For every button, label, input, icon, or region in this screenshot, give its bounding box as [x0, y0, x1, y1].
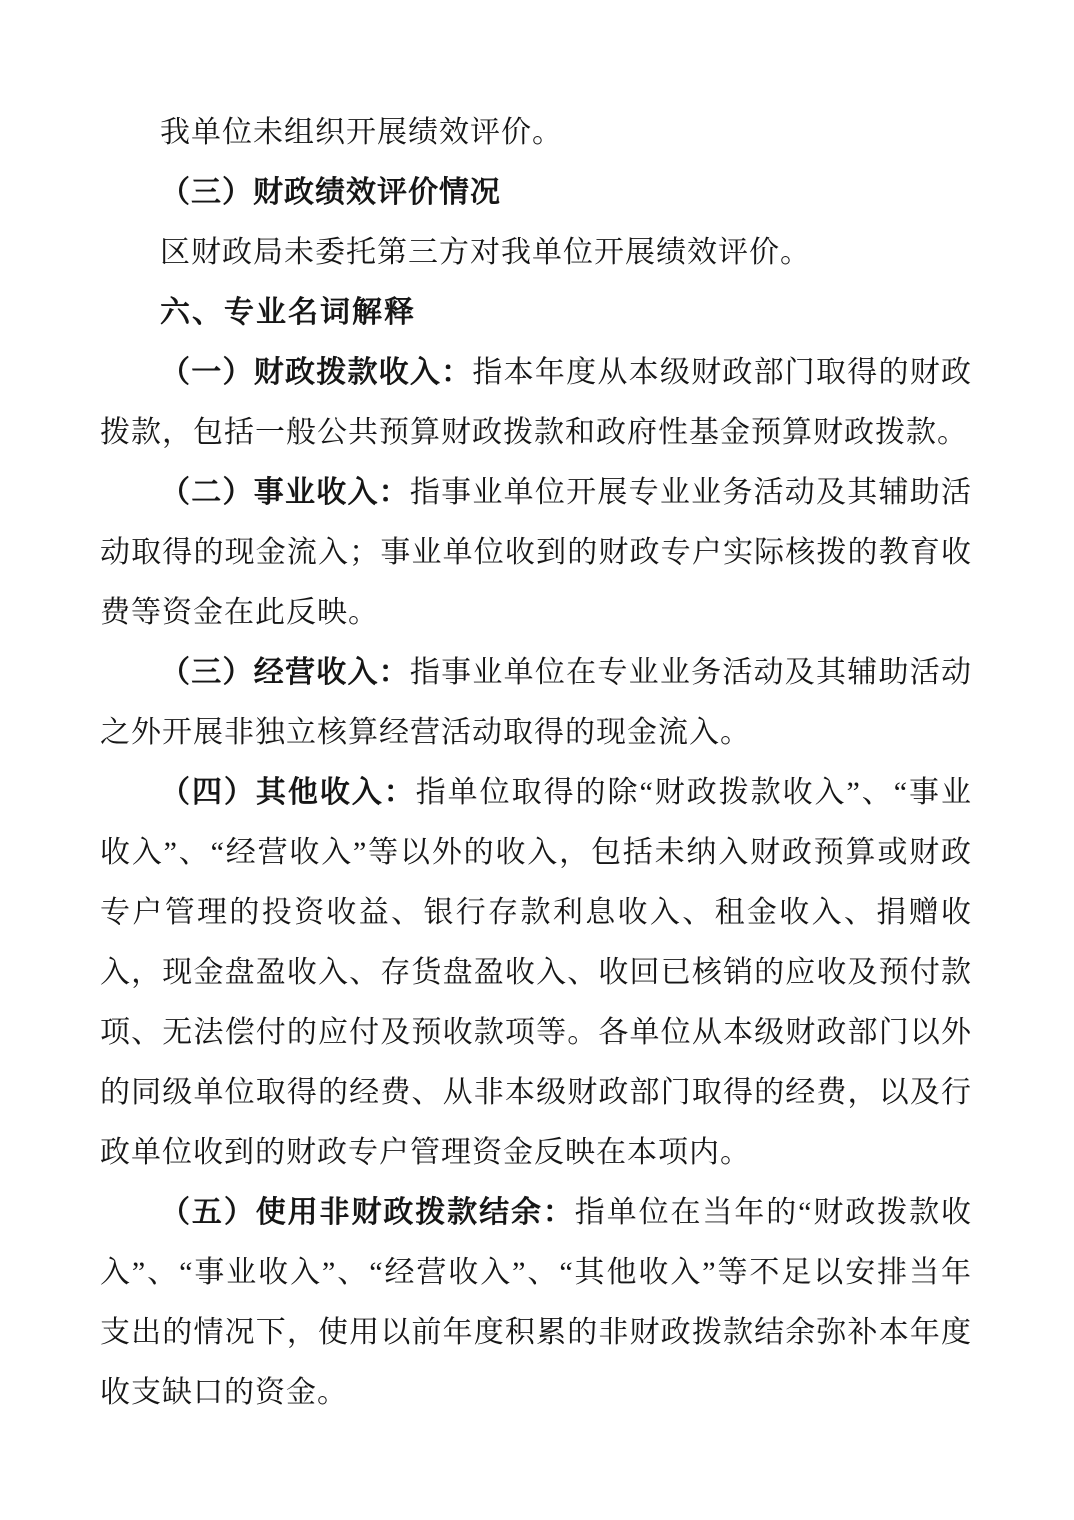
- term-lead-operational-income: （二）事业收入：: [160, 476, 410, 509]
- term-lead-other-income: （四）其他收入：: [160, 776, 416, 809]
- paragraph-no-internal-performance-eval: 我单位未组织开展绩效评价。: [100, 103, 972, 163]
- term-definition-other-income: 指单位取得的除“财政拨款收入”、“事业收入”、“经营收入”等以外的收入，包括未纳…: [100, 776, 972, 1169]
- document-page: 我单位未组织开展绩效评价。 （三）财政绩效评价情况 区财政局未委托第三方对我单位…: [0, 0, 1074, 1520]
- paragraph-no-thirdparty-performance-eval: 区财政局未委托第三方对我单位开展绩效评价。: [100, 223, 972, 283]
- paragraph-term-use-of-nonfiscal-surplus: （五）使用非财政拨款结余：指单位在当年的“财政拨款收入”、“事业收入”、“经营收…: [100, 1183, 972, 1423]
- paragraph-term-fiscal-appropriation-income: （一）财政拨款收入：指本年度从本级财政部门取得的财政拨款，包括一般公共预算财政拨…: [100, 343, 972, 463]
- paragraph-term-other-income: （四）其他收入：指单位取得的除“财政拨款收入”、“事业收入”、“经营收入”等以外…: [100, 763, 972, 1183]
- heading-terminology-section: 六、专业名词解释: [100, 283, 972, 343]
- paragraph-term-operational-income: （二）事业收入：指事业单位开展专业业务活动及其辅助活动取得的现金流入；事业单位收…: [100, 463, 972, 643]
- paragraph-term-business-income: （三）经营收入：指事业单位在专业业务活动及其辅助活动之外开展非独立核算经营活动取…: [100, 643, 972, 763]
- term-lead-business-income: （三）经营收入：: [160, 656, 410, 689]
- heading-fiscal-performance-eval-status: （三）财政绩效评价情况: [100, 163, 972, 223]
- term-lead-fiscal-appropriation-income: （一）财政拨款收入：: [160, 356, 472, 389]
- term-lead-use-of-nonfiscal-surplus: （五）使用非财政拨款结余：: [160, 1196, 575, 1229]
